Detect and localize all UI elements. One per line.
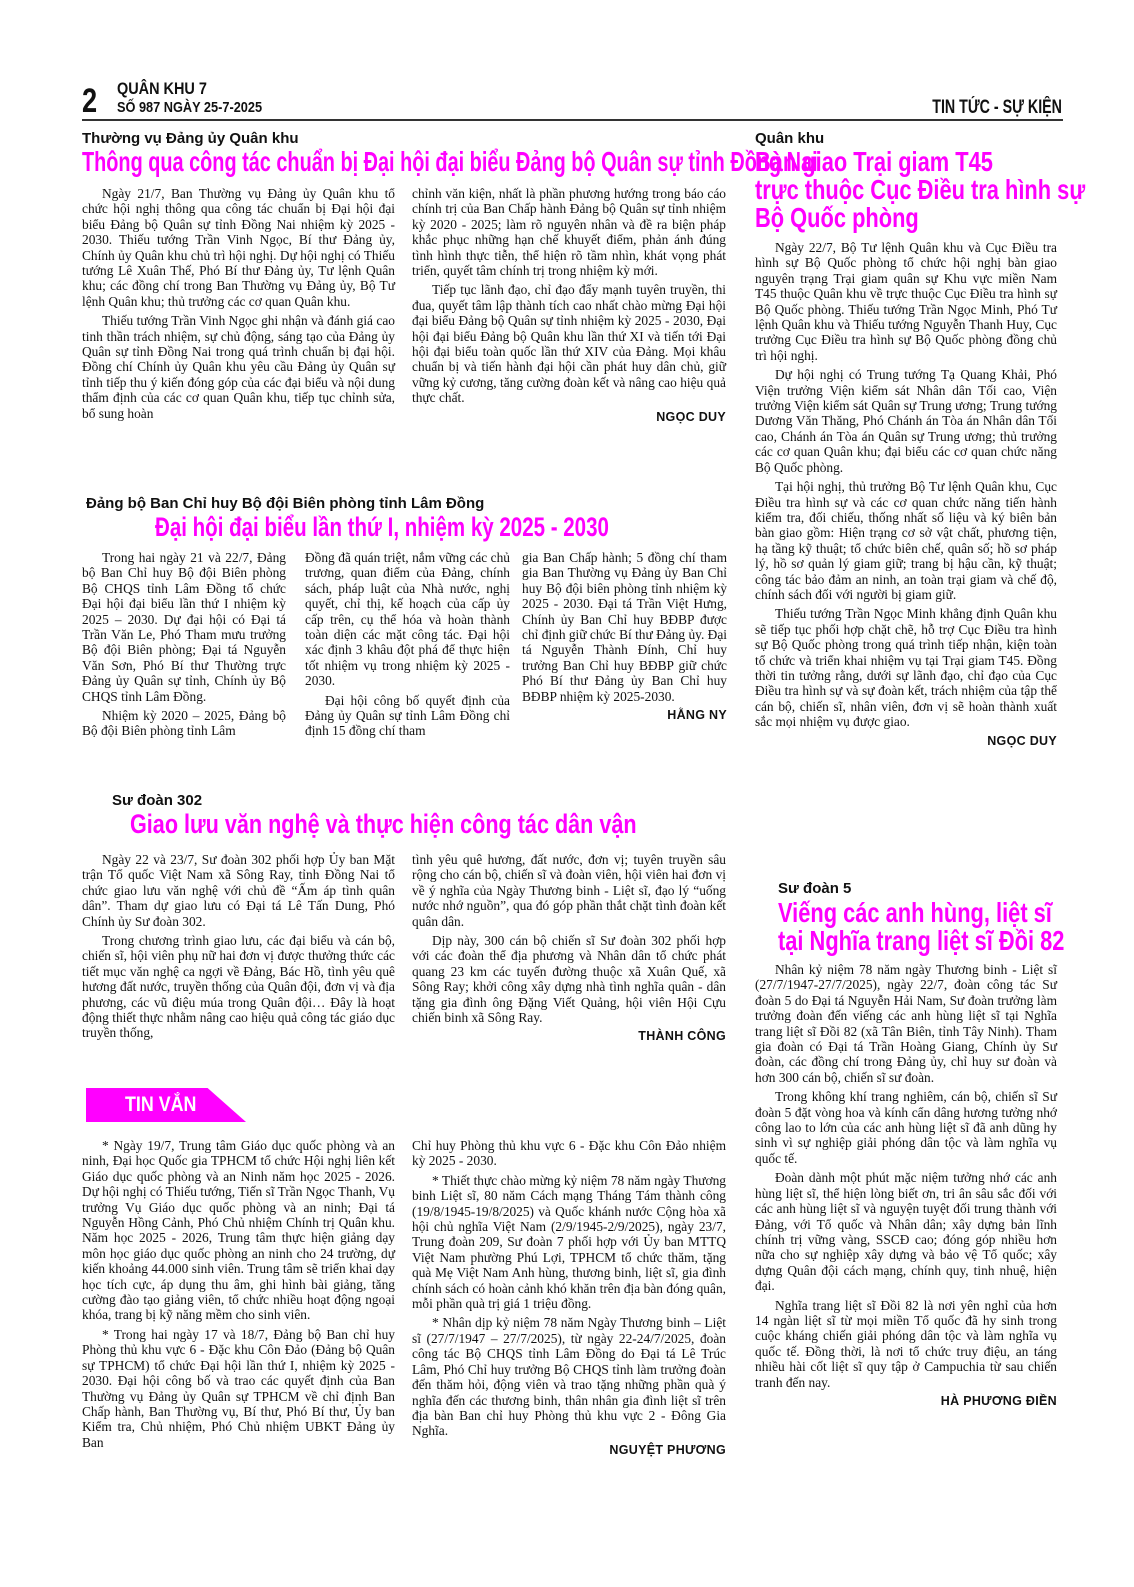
paragraph: chỉnh văn kiện, nhất là phần phương hướn… (412, 186, 726, 278)
article5-byline: HÀ PHƯƠNG ĐIỀN (755, 1394, 1057, 1409)
paragraph: Trong hai ngày 21 và 22/7, Đảng bộ Ban C… (82, 550, 286, 704)
paragraph: Trong chương trình giao lưu, các đại biể… (82, 933, 395, 1041)
paragraph: Nhân kỷ niệm 78 năm ngày Thương binh - L… (755, 962, 1057, 1085)
paragraph: Dự hội nghị có Trung tướng Tạ Quang Khải… (755, 367, 1057, 475)
paragraph: Ngày 22/7, Bộ Tư lệnh Quân khu và Cục Đi… (755, 240, 1057, 363)
tinvan-byline: NGUYỆT PHƯƠNG (412, 1443, 726, 1458)
paragraph: Tại hội nghị, thủ trưởng Bộ Tư lệnh Quân… (755, 479, 1057, 602)
article5-kicker: Sư đoàn 5 (778, 880, 851, 898)
article2-column-3: gia Ban Chấp hành; 5 đồng chí tham gia B… (522, 550, 727, 723)
paragraph: Trong không khí trang nghiêm, cán bộ, ch… (755, 1089, 1057, 1166)
paragraph: Đồng đã quán triệt, nắm vững các chủ trư… (305, 550, 510, 689)
headline-line: tại Nghĩa trang liệt sĩ Đồi 82 (778, 927, 1064, 955)
paragraph: Đoàn dành một phút mặc niệm tưởng nhớ cá… (755, 1170, 1057, 1293)
news-brief: * Ngày 19/7, Trung tâm Giáo dục quốc phò… (82, 1138, 395, 1323)
article1-column-2: chỉnh văn kiện, nhất là phần phương hướn… (412, 186, 726, 425)
issue-date: SỐ 987 NGÀY 25-7-2025 (117, 99, 262, 117)
news-brief: Chỉ huy Phòng thủ khu vực 6 - Đặc khu Cô… (412, 1138, 726, 1169)
article2-kicker: Đảng bộ Ban Chỉ huy Bộ đội Biên phòng tỉ… (86, 495, 484, 513)
paragraph: gia Ban Chấp hành; 5 đồng chí tham gia B… (522, 550, 727, 704)
section-title: TIN TỨC - SỰ KIỆN (932, 97, 1062, 119)
article2-headline: Đại hội đại biểu lần thứ I, nhiệm kỳ 202… (155, 513, 609, 541)
news-brief: * Thiết thực chào mừng kỷ niệm 78 năm ng… (412, 1173, 726, 1312)
article4-body: Ngày 22/7, Bộ Tư lệnh Quân khu và Cục Đi… (755, 240, 1057, 749)
paragraph: Đại hội công bố quyết định của Đảng ủy Q… (305, 693, 510, 739)
article2-byline: HẰNG NY (522, 708, 727, 723)
article3-column-2: tình yêu quê hương, đất nước, đơn vị; tu… (412, 852, 726, 1045)
article4-byline: NGỌC DUY (755, 734, 1057, 749)
page-number: 2 (82, 84, 97, 118)
publication-name: QUÂN KHU 7 (117, 80, 207, 98)
article1-byline: NGỌC DUY (412, 410, 726, 425)
paragraph: Tiếp tục lãnh đạo, chỉ đạo đẩy mạnh tuyê… (412, 282, 726, 405)
article2-column-2: Đồng đã quán triệt, nắm vững các chủ trư… (305, 550, 510, 743)
article2-column-1: Trong hai ngày 21 và 22/7, Đảng bộ Ban C… (82, 550, 286, 743)
paragraph: Nhiệm kỳ 2020 – 2025, Đảng bộ Bộ đội Biê… (82, 708, 286, 739)
headline-line: Bàn giao Trại giam T45 (755, 148, 1085, 176)
tinvan-column-1: * Ngày 19/7, Trung tâm Giáo dục quốc phò… (82, 1138, 395, 1454)
article5-headline: Viếng các anh hùng, liệt sĩ tại Nghĩa tr… (778, 899, 1134, 955)
article4-headline: Bàn giao Trại giam T45 trực thuộc Cục Đi… (755, 148, 1134, 232)
paragraph: Thiếu tướng Trần Ngọc Minh khẳng định Qu… (755, 606, 1057, 729)
paragraph: tình yêu quê hương, đất nước, đơn vị; tu… (412, 852, 726, 929)
article3-column-1: Ngày 22 và 23/7, Sư đoàn 302 phối hợp Ủy… (82, 852, 395, 1045)
paragraph: Nghĩa trang liệt sĩ Đồi 82 là nơi yên ng… (755, 1298, 1057, 1390)
headline-line: Viếng các anh hùng, liệt sĩ (778, 899, 1064, 927)
news-brief: * Trong hai ngày 17 và 18/7, Đảng bộ Ban… (82, 1327, 395, 1450)
paragraph: Dịp này, 300 cán bộ chiến sĩ Sư đoàn 302… (412, 933, 726, 1025)
news-brief: * Nhân dịp kỷ niệm 78 năm Ngày Thương bi… (412, 1315, 726, 1438)
tinvan-column-2: Chỉ huy Phòng thủ khu vực 6 - Đặc khu Cô… (412, 1138, 726, 1458)
paragraph: Thiếu tướng Trần Vinh Ngọc ghi nhận và đ… (82, 313, 395, 421)
headline-line: trực thuộc Cục Điều tra hình sự (755, 176, 1085, 204)
article1-headline: Thông qua công tác chuẩn bị Đại hội đại … (82, 148, 818, 176)
article5-body: Nhân kỷ niệm 78 năm ngày Thương binh - L… (755, 962, 1057, 1409)
paragraph: Ngày 21/7, Ban Thường vụ Đảng ủy Quân kh… (82, 186, 395, 309)
article1-column-1: Ngày 21/7, Ban Thường vụ Đảng ủy Quân kh… (82, 186, 395, 425)
headline-line: Bộ Quốc phòng (755, 204, 1085, 232)
tinvan-label: TIN VẮN (125, 1093, 196, 1117)
article3-byline: THÀNH CÔNG (412, 1029, 726, 1044)
article3-headline: Giao lưu văn nghệ và thực hiện công tác … (130, 810, 637, 838)
article3-kicker: Sư đoàn 302 (112, 792, 202, 810)
paragraph: Ngày 22 và 23/7, Sư đoàn 302 phối hợp Ủy… (82, 852, 395, 929)
header-divider (82, 119, 1063, 121)
